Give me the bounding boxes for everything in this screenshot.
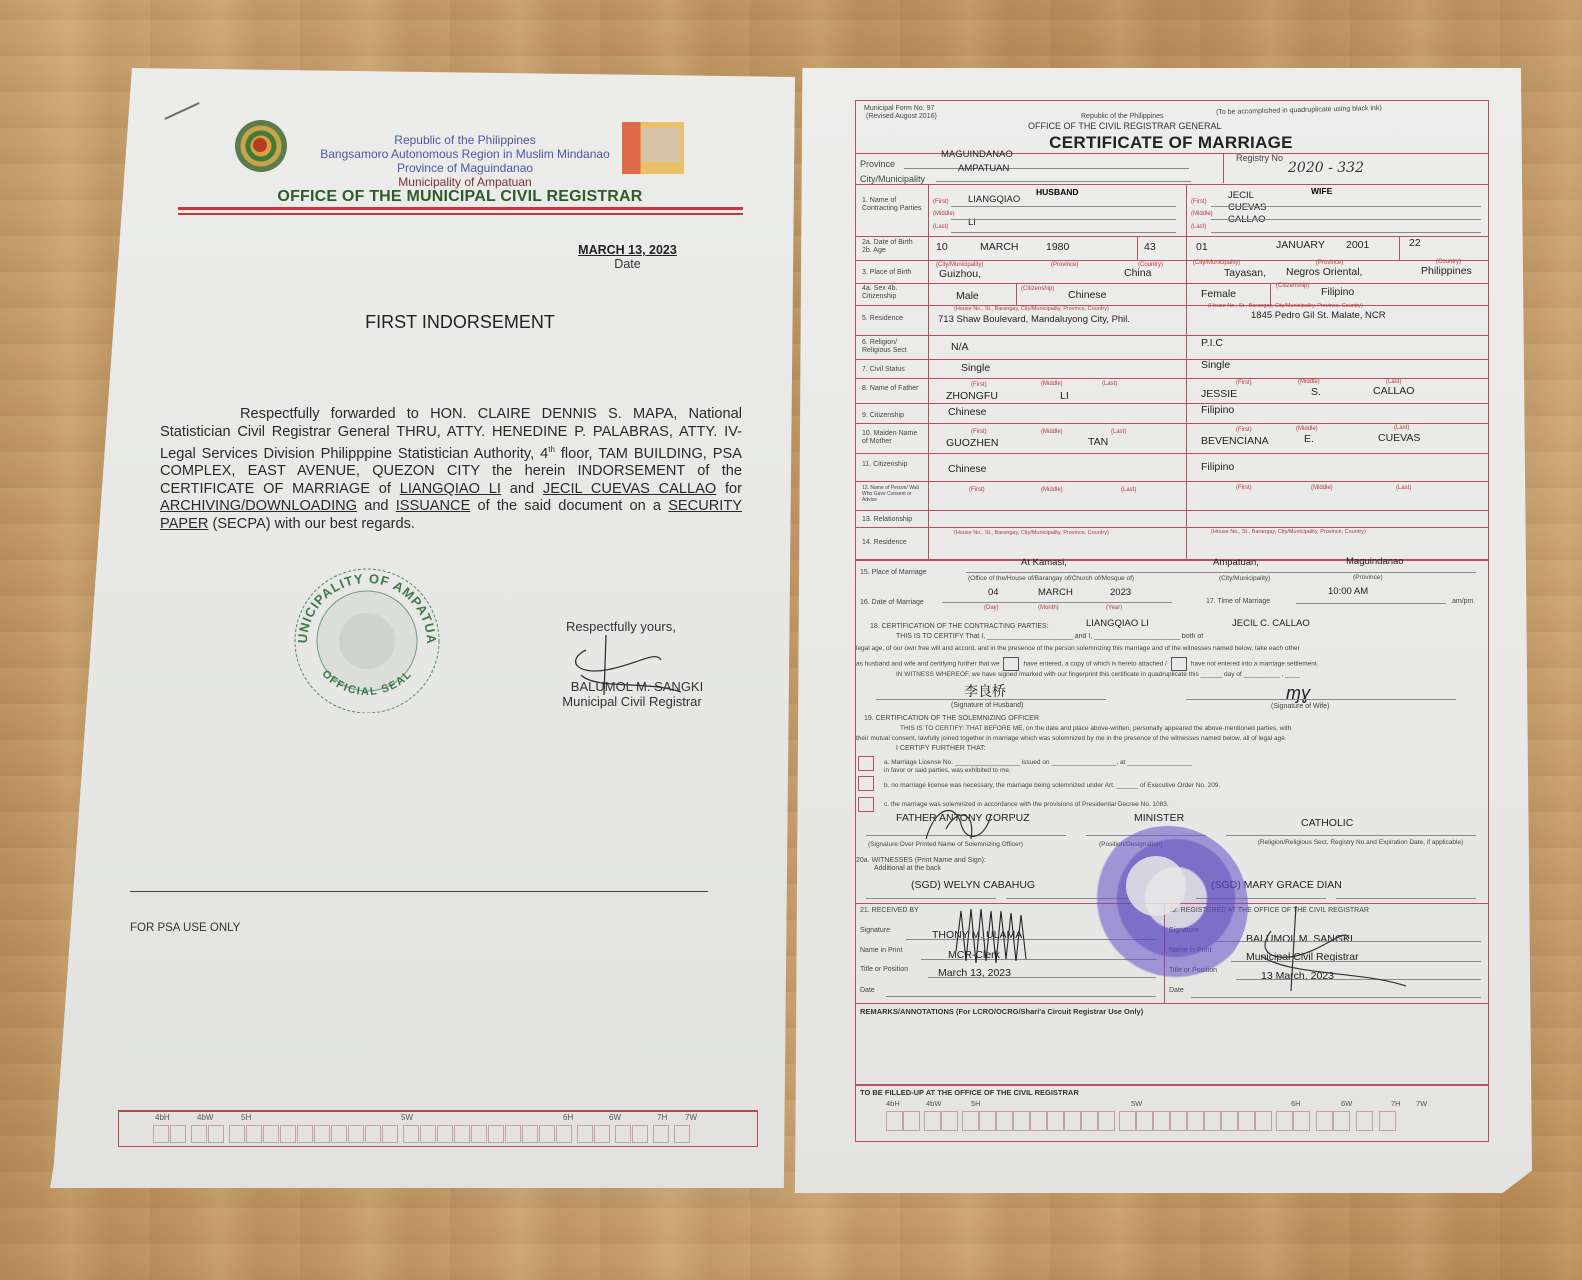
husband-civil-status: Single — [961, 362, 990, 374]
husband-dob-year: 1980 — [1046, 241, 1069, 253]
husband-father-first: ZHONGFU — [946, 390, 998, 402]
marriage-place-office: At Kamasi, — [1021, 557, 1067, 568]
municipal-seal-logo — [235, 120, 287, 172]
wife-middle-name: CUEVAS — [1228, 202, 1266, 213]
settlement-entered-checkbox[interactable] — [1003, 657, 1019, 671]
officer-position: MINISTER — [1134, 812, 1184, 824]
cert-filing-code-strip: 4bH 4bW 5H 5W 6H 6W 7H 7W — [886, 1099, 1486, 1133]
signer-name: BALUMOL M. SANGKI — [562, 679, 712, 694]
letter-body: Respectfully forwarded to HON. CLAIRE DE… — [160, 406, 742, 533]
letter-date: MARCH 13, 2023 — [560, 243, 695, 257]
header-republic: Republic of the Philippines — [300, 133, 630, 147]
registry-label: Registry No — [1236, 153, 1283, 163]
signer-title: Municipal Civil Registrar — [552, 694, 712, 709]
header-region: Bangsamoro Autonomous Region in Muslim M… — [280, 147, 650, 161]
wife-residence: 1845 Pedro Gil St. Malate, NCR — [1251, 310, 1386, 321]
husband-signature: 李良桥 — [964, 681, 1006, 701]
husband-dob-day: 10 — [936, 241, 948, 253]
marriage-day: 04 — [988, 587, 999, 598]
option-a-checkbox[interactable] — [858, 756, 874, 771]
officer-signature — [916, 799, 1006, 849]
husband-father-citizenship: Chinese — [948, 406, 987, 418]
cert19-heading: 19. CERTIFICATION OF THE SOLEMNIZING OFF… — [864, 715, 1039, 722]
husband-mother-first: GUOZHEN — [946, 437, 999, 449]
husband-mother-citizenship: Chinese — [948, 463, 987, 475]
certificate-title: CERTIFICATE OF MARRIAGE — [1001, 133, 1341, 153]
cert-office: OFFICE OF THE CIVIL REGISTRAR GENERAL — [1028, 121, 1222, 131]
husband-sex: Male — [956, 290, 979, 302]
label-place-of-marriage: 15. Place of Marriage — [860, 569, 927, 576]
label-mother: 10. Maiden Name of Mother — [862, 430, 924, 446]
wife-name: JECIL CUEVAS CALLAO — [543, 481, 716, 497]
cert18-heading: 18. CERTIFICATION OF THE CONTRACTING PAR… — [870, 623, 1049, 630]
psa-divider — [130, 891, 708, 892]
official-seal-stamp: MUNICIPALITY OF AMPATUAN OFFICIAL SEAL — [283, 563, 451, 713]
wife-religion: P.I.C — [1201, 337, 1223, 349]
receiver-signature — [951, 901, 1051, 981]
husband-father-last: LI — [1060, 390, 1069, 402]
label-civil-status: 7. Civil Status — [862, 366, 905, 373]
label-relationship: 13. Relationship — [862, 516, 912, 523]
received-heading: 21. RECEIVED BY — [860, 907, 919, 914]
label-father: 8. Name of Father — [862, 385, 924, 393]
marriage-time: 10:00 AM — [1328, 586, 1368, 597]
label-citizenship-9: 9. Citizenship — [862, 412, 904, 419]
option-b-checkbox[interactable] — [858, 776, 874, 791]
province-label: Province — [860, 159, 895, 169]
form-number: Municipal Form No. 97 — [864, 105, 934, 112]
settlement-not-entered-checkbox[interactable] — [1171, 657, 1187, 671]
husband-pob-country: China — [1124, 267, 1151, 279]
wife-age: 22 — [1409, 237, 1421, 249]
wife-citizenship: Filipino — [1321, 286, 1354, 298]
header-rule-thin — [178, 213, 743, 215]
label-residence-14: 14. Residence — [862, 539, 907, 546]
cert-republic: Republic of the Philippines — [1081, 113, 1164, 120]
code-boxes — [153, 1125, 691, 1143]
label-religion: 6. Religion/ Religious Sect — [862, 339, 924, 355]
marriage-place-province: Maguindanao — [1346, 556, 1404, 567]
left-filing-code-strip: 4bH 4bW 5H 5W 6H 6W 7H 7W — [118, 1110, 758, 1147]
cert18-settlement-line: as husband and wife and certifying furth… — [856, 657, 1318, 671]
husband-pob-city: Guizhou, — [939, 268, 981, 280]
registrar-signature-cert — [1251, 901, 1411, 996]
label-citizenship-11: 11. Citizenship — [862, 461, 907, 468]
wife-civil-status: Single — [1201, 359, 1230, 371]
marriage-month: MARCH — [1038, 587, 1073, 598]
husband-mother-middle: TAN — [1088, 436, 1108, 448]
wife-dob-year: 2001 — [1346, 239, 1369, 251]
cert18-wife: JECIL C. CALLAO — [1232, 618, 1310, 629]
husband-citizenship: Chinese — [1068, 289, 1107, 301]
husband-age: 43 — [1144, 241, 1156, 253]
wife-header: WIFE — [1311, 186, 1332, 196]
wife-pob-country: Philippines — [1421, 265, 1472, 277]
option-c-checkbox[interactable] — [858, 797, 874, 812]
marriage-certificate-form: Municipal Form No. 97 (Revised August 20… — [855, 100, 1489, 1142]
letter-date-label: Date — [560, 257, 695, 271]
wife-pob-city: Tayasan, — [1224, 267, 1266, 279]
husband-dob-month: MARCH — [980, 241, 1019, 253]
officer-religion: CATHOLIC — [1301, 817, 1353, 829]
office-title: OFFICE OF THE MUNICIPAL CIVIL REGISTRAR — [180, 188, 740, 206]
wife-mother-last: CUEVAS — [1378, 432, 1420, 444]
label-sex: 4a. Sex 4b. Citizenship — [862, 285, 924, 301]
cert18-husband: LIANGQIAO LI — [1086, 618, 1149, 629]
letter-title: FIRST INDORSEMENT — [270, 312, 650, 333]
wife-mother-middle: E. — [1304, 433, 1314, 445]
remarks-heading: REMARKS/ANNOTATIONS (For LCRO/OCRG/Shari… — [860, 1007, 1143, 1016]
header-province: Province of Maguindanao — [300, 161, 630, 175]
label-time-of-marriage: 17. Time of Marriage — [1206, 598, 1270, 605]
label-dob: 2a. Date of Birth 2b. Age — [862, 239, 924, 255]
marriage-year: 2023 — [1110, 587, 1131, 598]
wife-first-name: JECIL — [1228, 190, 1254, 201]
label-name: 1. Name of Contracting Parties — [862, 197, 924, 213]
wife-pob-province: Negros Oriental, — [1286, 266, 1362, 278]
wife-mother-first: BEVENCIANA — [1201, 435, 1269, 447]
label-consent: 12. Name of Person/ Wali Who Gave Consen… — [862, 485, 924, 503]
psa-use-only-label: FOR PSA USE ONLY — [130, 922, 240, 934]
header-rule — [178, 207, 743, 210]
marriage-place-city: Ampatuan, — [1213, 557, 1259, 568]
header-municipality: Municipality of Ampatuan — [300, 175, 630, 189]
label-residence: 5. Residence — [862, 315, 903, 322]
cert-instruction: (To be accomplished in quadruplicate usi… — [1216, 105, 1382, 116]
wife-father-last: CALLAO — [1373, 385, 1414, 397]
wife-mother-citizenship: Filipino — [1201, 461, 1234, 473]
registry-number: 2020 - 332 — [1288, 160, 1364, 176]
city-value: AMPATUAN — [958, 163, 1009, 174]
wife-father-first: JESSIE — [1201, 388, 1237, 400]
label-date-of-marriage: 16. Date of Marriage — [860, 599, 924, 606]
wife-dob-day: 01 — [1196, 241, 1208, 253]
husband-header: HUSBAND — [1036, 187, 1079, 197]
form-revision: (Revised August 2016) — [866, 113, 937, 120]
husband-residence: 713 Shaw Boulevard, Mandaluyong City, Ph… — [938, 314, 1130, 325]
wife-father-citizenship: Filipino — [1201, 404, 1234, 416]
witnesses-label: 20a. WITNESSES (Print Name and Sign): — [856, 857, 986, 864]
wife-signature: ɱɣ — [1286, 683, 1310, 704]
husband-name: LIANGQIAO LI — [400, 481, 501, 497]
husband-religion: N/A — [951, 341, 969, 353]
wife-dob-month: JANUARY — [1276, 239, 1325, 251]
fill-up-heading: TO BE FILLED-UP AT THE OFFICE OF THE CIV… — [860, 1088, 1079, 1097]
label-pob: 3. Place of Birth — [862, 269, 911, 276]
city-label: City/Municipality — [860, 174, 925, 184]
civil-registrar-stamp — [1088, 826, 1248, 986]
province-value: MAGUINDANAO — [941, 149, 1013, 160]
husband-first-name: LIANGQIAO — [968, 194, 1020, 205]
wife-sex: Female — [1201, 288, 1236, 300]
wife-father-middle: S. — [1311, 386, 1321, 398]
witness-1: (SGD) WELYN CABAHUG — [911, 879, 1035, 891]
